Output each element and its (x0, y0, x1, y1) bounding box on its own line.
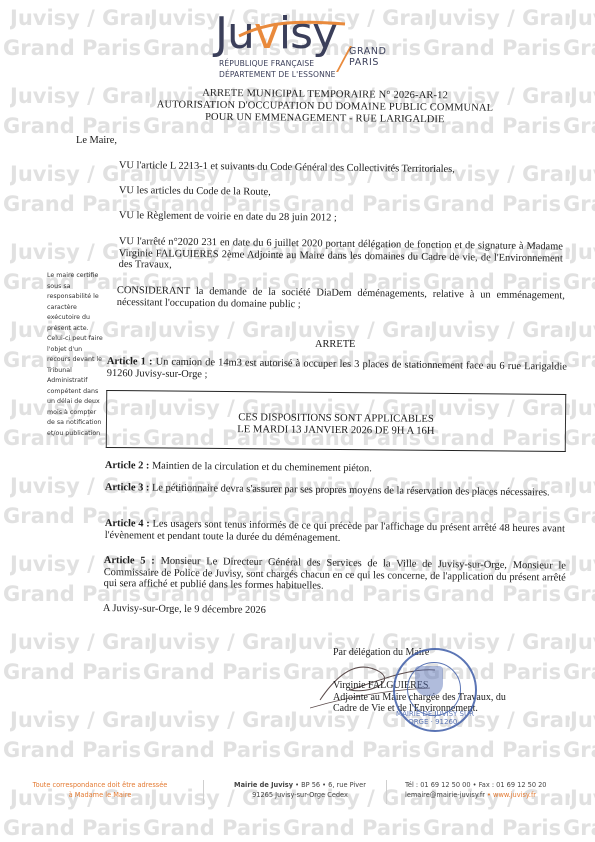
footer-contact: Tél : 01 69 12 50 00 • Fax : 01 69 12 50… (405, 780, 585, 800)
arrete-heading: ARRETE (315, 339, 355, 351)
footer-website-link[interactable]: www.juvisy.fr (493, 791, 536, 799)
decree-title: ARRETE MUNICIPAL TEMPORAIRE N° 2026-AR-1… (95, 87, 555, 128)
logo-swoosh-icon (237, 18, 347, 40)
logo-grand-paris: GRAND PARIS (349, 46, 387, 68)
dispositions-box: CES DISPOSITIONS SONT APPLICABLES LE MAR… (106, 390, 566, 452)
visa-1: VU l'article L 2213-1 et suivants du Cod… (119, 160, 559, 177)
article-2: Article 2 : Maintien de la circulation e… (105, 460, 565, 477)
article-1: Article 1 : Un camion de 14m3 est autori… (107, 356, 567, 385)
footer-email-link[interactable]: lemaire@mairie-juvisy.fr (405, 791, 485, 799)
article-3: Article 3 : Le pétitionnaire devra s'ass… (105, 482, 565, 499)
footer-correspondence: Toute correspondance doit être adressée … (30, 780, 170, 800)
article-5: Article 5 : Monsieur Le Directeur Généra… (104, 555, 566, 595)
visa-2: VU les articles du Code de la Route, (119, 185, 559, 202)
article-4: Article 4 : Les usagers sont tenus infor… (105, 518, 565, 547)
logo-subtitle: RÉPUBLIQUE FRANÇAISE DÉPARTEMENT DE L'ES… (219, 58, 336, 80)
visa-4: VU l'arrêté n°2020 231 en date du 6 juil… (119, 236, 563, 276)
considerant: CONSIDERANT la demande de la société Dia… (117, 285, 565, 314)
le-maire: Le Maire, (76, 135, 117, 147)
legal-margin-note: Le maire certifie sous sa responsabilité… (47, 271, 103, 439)
coat-of-arms-icon (415, 666, 443, 696)
juvisy-logo: Juvisy GRAND PARIS RÉPUBLIQUE FRANÇAISE … (215, 12, 395, 82)
place-date: A Juvisy-sur-Orge, le 9 décembre 2026 (103, 603, 266, 617)
visa-3: VU le Règlement de voirie en date du 28 … (119, 210, 559, 227)
official-stamp: MAIRIE DE JUVISY SUR ORGE · 91260 · (393, 648, 477, 732)
footer-address: Mairie de Juvisy • BP 56 • 6, rue Piver … (225, 780, 375, 800)
